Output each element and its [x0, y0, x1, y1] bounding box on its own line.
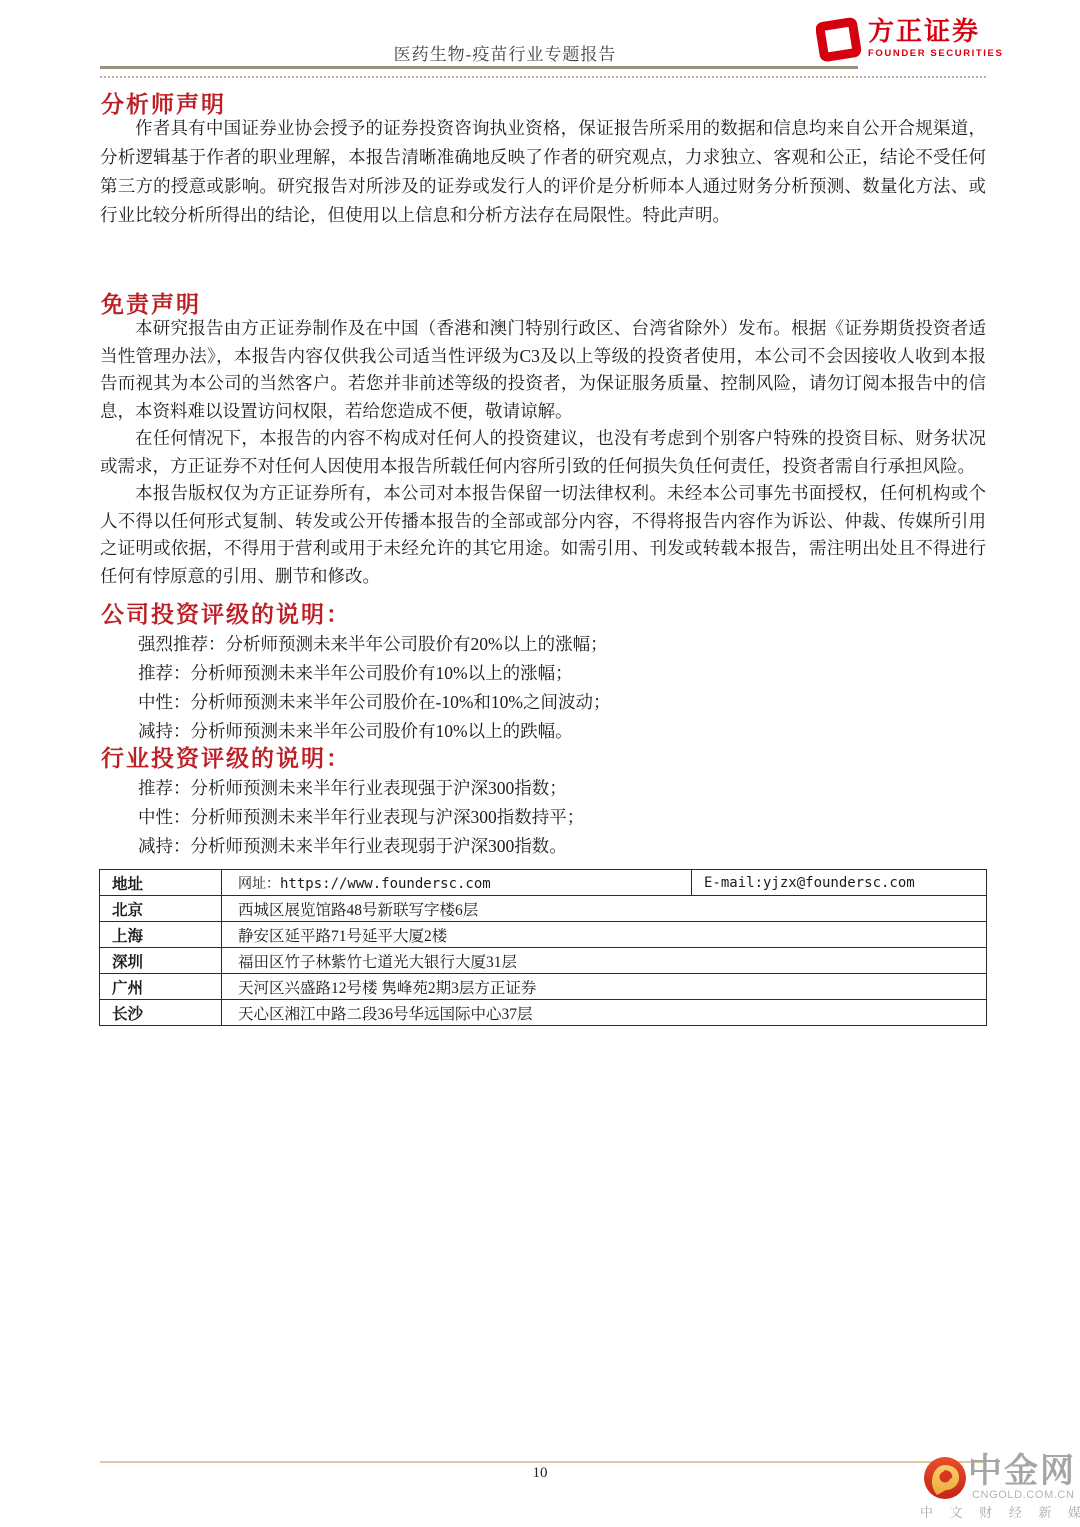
city-cell: 北京: [100, 896, 222, 922]
rating-list-item: 中性：分析师预测未来半年公司股价在-10%和10%之间波动；: [138, 688, 978, 717]
address-cell: 福田区竹子林紫竹七道光大银行大厦31层: [222, 948, 987, 974]
city-cell: 上海: [100, 922, 222, 948]
disclaimer-body: 本研究报告由方正证券制作及在中国（香港和澳门特别行政区、台湾省除外）发布。根据《…: [100, 315, 986, 590]
report-page: 医药生物-疫苗行业专题报告 方正证券 FOUNDER SECURITIES 分析…: [0, 0, 1080, 1527]
founder-securities-logo: 方正证券 FOUNDER SECURITIES: [816, 17, 992, 69]
cngold-domain-text: CNGOLD.COM.CN: [972, 1489, 1075, 1501]
footer-divider: [100, 1461, 986, 1463]
cngold-tagline-text: 中 文 财 经 新 媒 体: [920, 1502, 1080, 1521]
header-divider-solid: [100, 66, 858, 69]
city-cell: 深圳: [100, 948, 222, 974]
website-cell: 网址：https://www.foundersc.com: [222, 870, 692, 896]
table-row-guangzhou: 广州 天河区兴盛路12号楼 隽峰苑2期3层方正证券: [100, 974, 987, 1000]
disclaimer-paragraph: 在任何情况下，本报告的内容不构成对任何人的投资建议，也没有考虑到个别客户特殊的投…: [100, 425, 986, 480]
address-label-cell: 地址: [100, 870, 222, 896]
header-divider-dotted: [100, 76, 986, 78]
founder-brand-cn: 方正证券: [868, 17, 1003, 45]
rating-list-item: 强烈推荐：分析师预测未来半年公司股价有20%以上的涨幅；: [138, 630, 978, 659]
section-title-industry-rating: 行业投资评级的说明：: [101, 740, 351, 773]
industry-rating-list: 推荐：分析师预测未来半年行业表现强于沪深300指数； 中性：分析师预测未来半年行…: [138, 774, 978, 861]
address-cell: 天河区兴盛路12号楼 隽峰苑2期3层方正证券: [222, 974, 987, 1000]
company-rating-list: 强烈推荐：分析师预测未来半年公司股价有20%以上的涨幅； 推荐：分析师预测未来半…: [138, 630, 978, 746]
table-row-shenzhen: 深圳 福田区竹子林紫竹七道光大银行大厦31层: [100, 948, 987, 974]
address-cell: 天心区湘江中路二段36号华远国际中心37层: [222, 1000, 987, 1026]
cngold-brand-text: 中金网: [968, 1452, 1076, 1490]
founder-brand-en: FOUNDER SECURITIES: [868, 48, 1003, 59]
table-row-shanghai: 上海 静安区延平路71号延平大厦2楼: [100, 922, 987, 948]
contact-address-table: 地址 网址：https://www.foundersc.com E-mail:y…: [99, 869, 987, 1026]
table-row-address-header: 地址 网址：https://www.foundersc.com E-mail:y…: [100, 870, 987, 896]
city-cell: 广州: [100, 974, 222, 1000]
cngold-watermark: 中金网 CNGOLD.COM.CN 中 文 财 经 新 媒 体: [905, 1452, 1077, 1522]
address-cell: 西城区展览馆路48号新联写字楼6层: [222, 896, 987, 922]
rating-list-item: 推荐：分析师预测未来半年行业表现强于沪深300指数；: [138, 774, 978, 803]
table-row-beijing: 北京 西城区展览馆路48号新联写字楼6层: [100, 896, 987, 922]
rating-list-item: 中性：分析师预测未来半年行业表现与沪深300指数持平；: [138, 803, 978, 832]
rating-list-item: 推荐：分析师预测未来半年公司股价有10%以上的涨幅；: [138, 659, 978, 688]
address-cell: 静安区延平路71号延平大厦2楼: [222, 922, 987, 948]
analyst-statement-body: 作者具有中国证券业协会授予的证券投资咨询执业资格，保证报告所采用的数据和信息均来…: [100, 114, 986, 230]
rating-list-item: 减持：分析师预测未来半年行业表现弱于沪深300指数。: [138, 832, 978, 861]
analyst-statement-paragraph: 作者具有中国证券业协会授予的证券投资咨询执业资格，保证报告所采用的数据和信息均来…: [100, 114, 986, 230]
cngold-logo-icon: [923, 1456, 967, 1500]
section-title-company-rating: 公司投资评级的说明：: [101, 596, 351, 629]
city-cell: 长沙: [100, 1000, 222, 1026]
founder-logo-icon: [816, 17, 862, 63]
table-row-changsha: 长沙 天心区湘江中路二段36号华远国际中心37层: [100, 1000, 987, 1026]
email-cell: E-mail:yjzx@foundersc.com: [692, 870, 987, 896]
disclaimer-paragraph: 本报告版权仅为方正证券所有，本公司对本报告保留一切法律权利。未经本公司事先书面授…: [100, 480, 986, 590]
disclaimer-paragraph: 本研究报告由方正证券制作及在中国（香港和澳门特别行政区、台湾省除外）发布。根据《…: [100, 315, 986, 425]
